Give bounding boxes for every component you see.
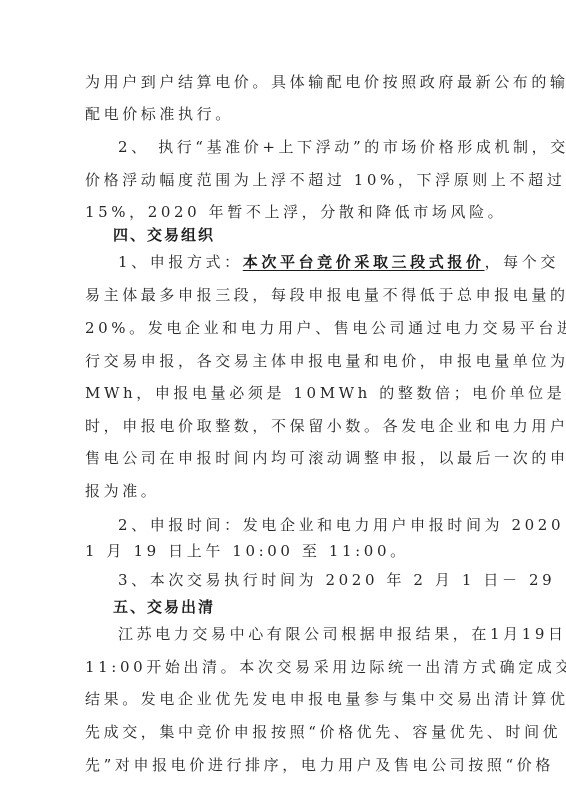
paragraph-line: 1 月 19 日上午 10:00 至 11:00。 — [85, 541, 485, 561]
paragraph-line: 价格浮动幅度范围为上浮不超过 10%，下浮原则上不超过 — [85, 170, 485, 190]
underlined-emphasis: 本次平台竞价采取三段式报价 — [243, 253, 485, 271]
paragraph-line: 售电公司在申报时间内均可滚动调整申报，以最后一次的申 — [85, 448, 485, 468]
document-page: 为用户到户结算电价。具体输配电价按照政府最新公布的输 配电价标准执行。 2、 执… — [0, 0, 566, 800]
paragraph-line: 先”对申报电价进行排序，电力用户及售电公司按照“价格 — [85, 755, 485, 775]
paragraph-line: 易主体最多申报三段，每段申报电量不得低于总申报电量的 — [85, 285, 485, 305]
section-heading-trading-clearing: 五、交易出清 — [113, 597, 513, 617]
item-suffix: ，每个交 — [485, 253, 559, 271]
paragraph-line: 行交易申报，各交易主体申报电量和电价，申报电量单位为 — [85, 351, 485, 371]
paragraph-line: 3、本次交易执行时间为 2020 年 2 月 1 日－ 29 日。 — [118, 570, 485, 590]
paragraph-line: MWh，申报电量必须是 10MWh 的整数倍；电价单位是元/兆瓦 — [85, 383, 485, 403]
paragraph-line: 为用户到户结算电价。具体输配电价按照政府最新公布的输 — [85, 72, 485, 92]
paragraph-line: 配电价标准执行。 — [85, 104, 485, 124]
paragraph-line: 20%。发电企业和电力用户、售电公司通过电力交易平台进 — [85, 318, 485, 338]
paragraph-line: 先成交，集中竞价申报按照“价格优先、容量优先、时间优 — [85, 722, 485, 742]
paragraph-line: 2、申报时间：发电企业和电力用户申报时间为 2020 年 — [118, 515, 485, 535]
paragraph-line: 11:00开始出清。本次交易采用边际统一出清方式确定成交 — [85, 657, 485, 677]
paragraph-line: 时，申报电价取整数，不保留小数。各发电企业和电力用户、 — [85, 416, 485, 436]
paragraph-line: 报为准。 — [85, 481, 485, 501]
paragraph-line: 2、 执行“基准价+上下浮动”的市场价格形成机制，交易 — [118, 137, 485, 157]
section-heading-trading-organization: 四、交易组织 — [113, 225, 513, 245]
paragraph-line: 1、申报方式：本次平台竞价采取三段式报价，每个交 — [118, 252, 485, 272]
paragraph-line: 15%，2020 年暂不上浮，分散和降低市场风险。 — [85, 202, 485, 222]
paragraph-line: 结果。发电企业优先发电申报电量参与集中交易出清计算优 — [85, 689, 485, 709]
item-prefix: 1、申报方式： — [118, 253, 243, 271]
paragraph-line: 江苏电力交易中心有限公司根据申报结果，在1月19日 — [118, 624, 485, 644]
